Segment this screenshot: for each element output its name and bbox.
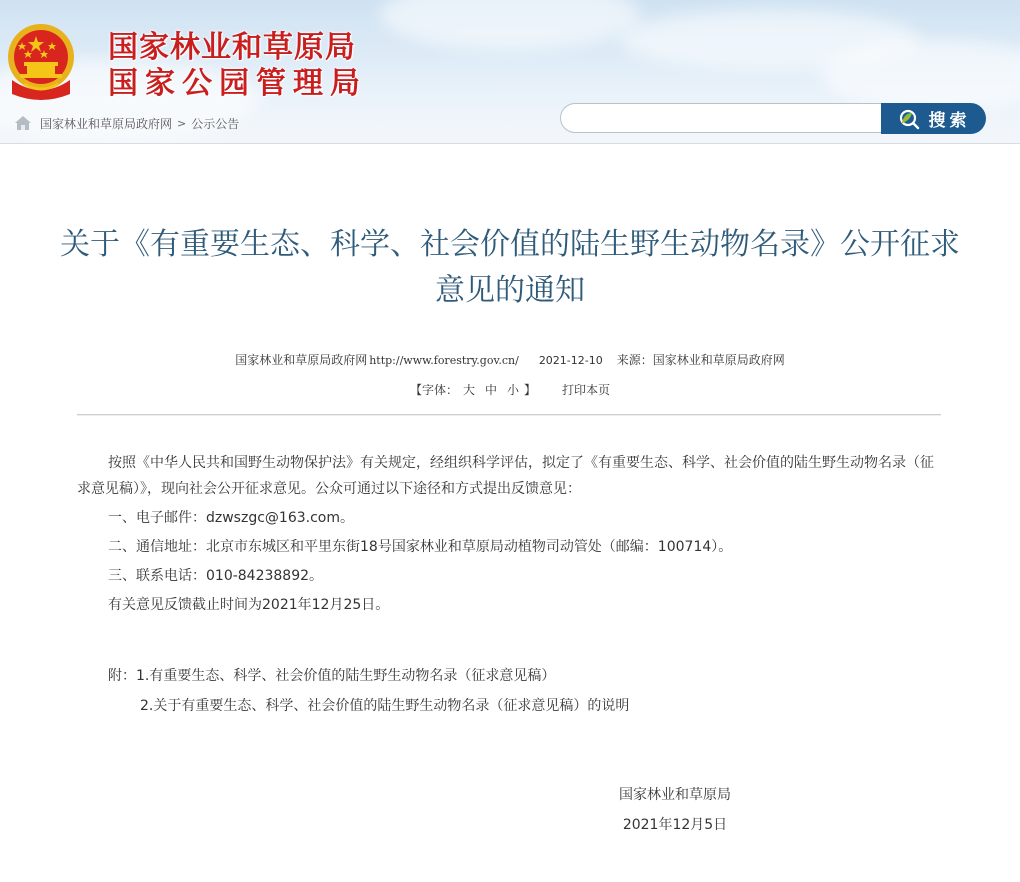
breadcrumb-link-notices[interactable]: 公示公告: [191, 115, 239, 132]
font-size-label: 【字体：: [410, 383, 458, 397]
breadcrumb: 国家林业和草原局政府网 > 公示公告: [14, 114, 239, 132]
phone-line: 三、联系电话：010-84238892。: [77, 563, 947, 589]
font-size-large[interactable]: 大: [463, 383, 475, 397]
magnifier-leaf-icon: [897, 108, 921, 130]
email-line: 一、电子邮件：dzwszgc@163.com。: [77, 505, 947, 531]
signature-org: 国家林业和草原局: [580, 780, 770, 810]
signature: 国家林业和草原局 2021年12月5日: [580, 780, 770, 840]
breadcrumb-link-home[interactable]: 国家林业和草原局政府网: [40, 115, 172, 132]
search-button[interactable]: 搜索: [881, 103, 986, 134]
article-body: 按照《中华人民共和国野生动物保护法》有关规定，经组织科学评估，拟定了《有重要生态…: [77, 450, 947, 621]
meta-source-label: 来源：: [617, 353, 653, 367]
print-page-link[interactable]: 打印本页: [562, 383, 610, 397]
meta-source: 国家林业和草原局政府网: [653, 353, 785, 367]
page-title: 关于《有重要生态、科学、社会价值的陆生野生动物名录》公开征求意见的通知: [60, 222, 960, 314]
attachment-link[interactable]: 1.有重要生态、科学、社会价值的陆生野生动物名录（征求意见稿）: [136, 668, 555, 684]
font-size-small[interactable]: 小: [507, 383, 519, 397]
cloud-decoration: [380, 0, 640, 50]
address-line: 二、通信地址：北京市东城区和平里东街18号国家林业和草原局动植物司动管处（邮编：…: [77, 534, 947, 560]
site-name: 国家林业和草原局 国家公园管理局: [108, 30, 367, 102]
meta-site: 国家林业和草原局政府网: [235, 353, 367, 367]
site-header: 国家林业和草原局 国家公园管理局 国家林业和草原局政府网 > 公示公告 搜索: [0, 0, 1020, 144]
site-name-line2: 国家公园管理局: [108, 66, 367, 102]
article-tools: 【字体：大中小】打印本页: [0, 381, 1020, 398]
divider: [77, 414, 941, 416]
font-size-medium[interactable]: 中: [485, 383, 497, 397]
meta-url[interactable]: http://www.forestry.gov.cn/: [369, 354, 519, 367]
font-size-close: 】: [524, 383, 536, 397]
national-emblem-icon: [6, 22, 76, 102]
breadcrumb-separator: >: [177, 117, 186, 130]
meta-date: 2021-12-10: [539, 354, 603, 367]
site-name-line1: 国家林业和草原局: [108, 30, 367, 66]
attachments-prefix: 附：: [108, 668, 136, 684]
signature-date: 2021年12月5日: [580, 810, 770, 840]
search-button-label: 搜索: [929, 106, 971, 131]
intro-paragraph: 按照《中华人民共和国野生动物保护法》有关规定，经组织科学评估，拟定了《有重要生态…: [77, 450, 947, 502]
attachments: 附：1.有重要生态、科学、社会价值的陆生野生动物名录（征求意见稿） 2.关于有重…: [108, 661, 629, 721]
home-icon[interactable]: [14, 115, 32, 131]
search-input[interactable]: [560, 103, 882, 133]
article-meta: 国家林业和草原局政府网http://www.forestry.gov.cn/20…: [0, 351, 1020, 368]
deadline-line: 有关意见反馈截止时间为2021年12月25日。: [77, 592, 947, 618]
attachment-link[interactable]: 2.关于有重要生态、科学、社会价值的陆生野生动物名录（征求意见稿）的说明: [140, 698, 629, 714]
